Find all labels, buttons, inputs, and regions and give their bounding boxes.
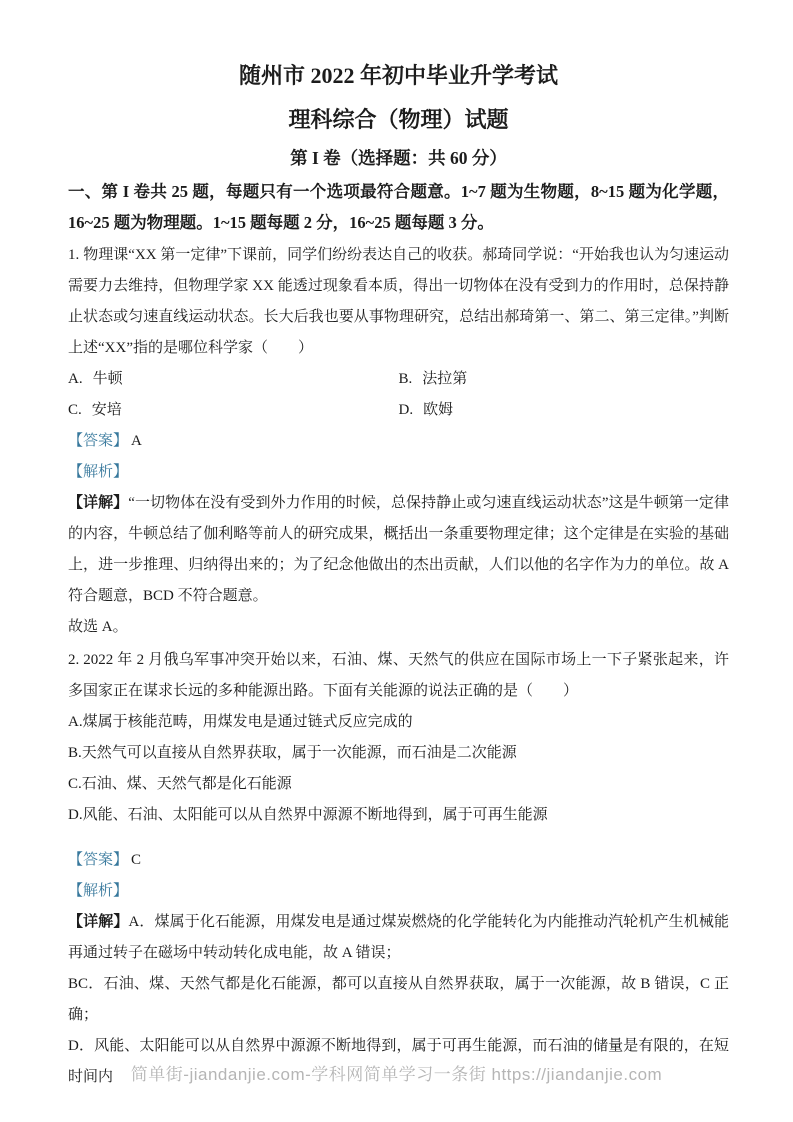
question-1-analysis-line: 【解析】 (68, 457, 729, 488)
option-label: A. (68, 714, 83, 730)
option-text: 天然气可以直接从自然界获取，属于一次能源，而石油是二次能源 (82, 745, 517, 761)
question-1-option-c: C.安培 (68, 395, 399, 426)
question-2-stem: 2.2022 年 2 月俄乌军事冲突开始以来，石油、煤、天然气的供应在国际市场上… (68, 645, 729, 707)
question-1-option-d: D.欧姆 (399, 395, 730, 426)
detail-tag: 【详解】 (68, 495, 128, 511)
option-label: A. (68, 371, 83, 387)
question-2-text: 2022 年 2 月俄乌军事冲突开始以来，石油、煤、天然气的供应在国际市场上一下… (68, 652, 729, 699)
exam-subtitle: 理科综合（物理）试题 (68, 104, 729, 136)
question-2-option-d: D.风能、石油、太阳能可以从自然界中源源不断地得到，属于可再生能源 (68, 800, 729, 831)
option-text: 安培 (92, 402, 122, 418)
option-text: 欧姆 (423, 402, 453, 418)
section-header: 第 I 卷（选择题：共 60 分） (68, 144, 729, 172)
question-1-stem: 1.物理课“XX 第一定律”下课前，同学们纷纷表达自己的收获。郝琦同学说：“开始… (68, 240, 729, 364)
question-1-option-b: B.法拉第 (399, 364, 730, 395)
option-text: 煤属于核能范畴，用煤发电是通过链式反应完成的 (83, 714, 413, 730)
detail-text: A．煤属于化石能源，用煤发电是通过煤炭燃烧的化学能转化为内能推动汽轮机产生机械能… (68, 914, 729, 961)
analysis-tag: 【解析】 (68, 464, 128, 480)
question-2-detail-paragraph-2: BC．石油、煤、天然气都是化石能源，都可以直接从自然界获取，属于一次能源，故 B… (68, 969, 729, 1031)
question-2-option-b: B.天然气可以直接从自然界获取，属于一次能源，而石油是二次能源 (68, 738, 729, 769)
analysis-tag: 【解析】 (68, 883, 128, 899)
question-1-detail: 【详解】“一切物体在没有受到外力作用的时候，总保持静止或匀速直线运动状态”这是牛… (68, 488, 729, 612)
question-1-answer-line: 【答案】A (68, 426, 729, 457)
detail-tag: 【详解】 (68, 914, 128, 930)
question-1-text: 物理课“XX 第一定律”下课前，同学们纷纷表达自己的收获。郝琦同学说：“开始我也… (68, 247, 729, 356)
option-label: B. (399, 371, 413, 387)
detail-text: “一切物体在没有受到外力作用的时候，总保持静止或匀速直线运动状态”这是牛顿第一定… (68, 495, 729, 604)
question-2-answer-line: 【答案】C (68, 845, 729, 876)
exam-instructions: 一、第 I 卷共 25 题，每题只有一个选项最符合题意。1~7 题为生物题，8~… (68, 176, 729, 238)
exam-title: 随州市 2022 年初中毕业升学考试 (68, 60, 729, 92)
option-label: D. (399, 402, 414, 418)
question-2-analysis-line: 【解析】 (68, 876, 729, 907)
option-label: C. (68, 776, 82, 792)
option-text: 石油、煤、天然气都是化石能源 (82, 776, 292, 792)
question-1-conclusion: 故选 A。 (68, 612, 729, 643)
question-2-options: A.煤属于核能范畴，用煤发电是通过链式反应完成的 B.天然气可以直接从自然界获取… (68, 707, 729, 831)
exam-document-page: 随州市 2022 年初中毕业升学考试 理科综合（物理）试题 第 I 卷（选择题：… (0, 0, 793, 1093)
answer-value: C (131, 852, 141, 868)
question-2-detail-paragraph-1: 【详解】A．煤属于化石能源，用煤发电是通过煤炭燃烧的化学能转化为内能推动汽轮机产… (68, 907, 729, 969)
question-1-options: A.牛顿 B.法拉第 C.安培 D.欧姆 (68, 364, 729, 426)
option-label: D. (68, 807, 83, 823)
option-label: B. (68, 745, 82, 761)
option-text: 牛顿 (93, 371, 123, 387)
question-2-option-c: C.石油、煤、天然气都是化石能源 (68, 769, 729, 800)
option-label: C. (68, 402, 82, 418)
answer-value: A (131, 433, 142, 449)
question-2-number: 2. (68, 652, 79, 668)
answer-tag: 【答案】 (68, 852, 128, 868)
question-1-option-a: A.牛顿 (68, 364, 399, 395)
option-text: 法拉第 (422, 371, 467, 387)
watermark-footer: 简单街-jiandanjie.com-学科网简单学习一条街 https://ji… (0, 1060, 793, 1085)
option-text: 风能、石油、太阳能可以从自然界中源源不断地得到，属于可再生能源 (83, 807, 548, 823)
answer-tag: 【答案】 (68, 433, 128, 449)
question-2-option-a: A.煤属于核能范畴，用煤发电是通过链式反应完成的 (68, 707, 729, 738)
question-1-number: 1. (68, 247, 79, 263)
